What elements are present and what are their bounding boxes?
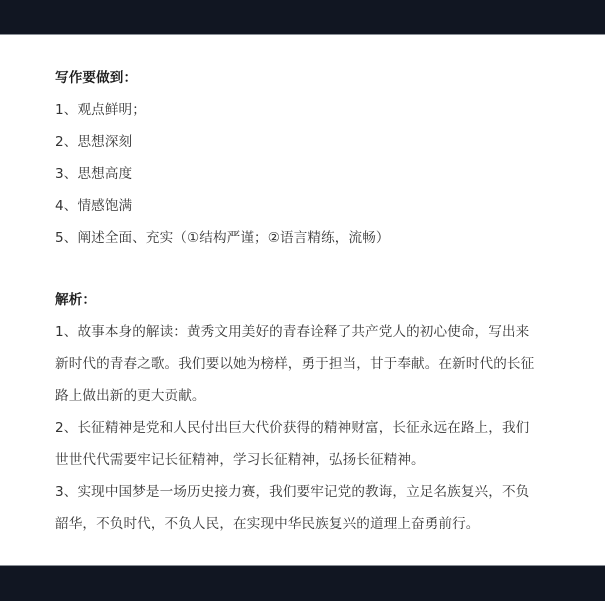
analysis-line: 1、故事本身的解读：黄秀文用美好的青春诠释了共产党人的初心使命，写出来 (55, 323, 529, 341)
analysis-line: 路上做出新的更大贡献。 (55, 387, 206, 405)
requirement-item: 4、情感饱满 (55, 197, 132, 215)
bottom-dark-bar (0, 565, 605, 601)
requirement-item: 5、阐述全面、充实（①结构严谨；②语言精练，流畅） (55, 229, 390, 247)
document-page: 写作要做到： 1、观点鲜明； 2、思想深刻 3、思想高度 4、情感饱满 5、阐述… (0, 0, 605, 601)
analysis-line: 韶华，不负时代，不负人民，在实现中华民族复兴的道理上奋勇前行。 (55, 515, 480, 533)
requirement-item: 1、观点鲜明； (55, 101, 146, 119)
top-dark-bar (0, 0, 605, 35)
requirement-item: 2、思想深刻 (55, 133, 132, 151)
analysis-line: 世世代代需要牢记长征精神，学习长征精神，弘扬长征精神。 (55, 451, 425, 469)
analysis-heading: 解析： (55, 291, 96, 309)
requirements-heading: 写作要做到： (55, 69, 137, 87)
analysis-line: 3、实现中国梦是一场历史接力赛，我们要牢记党的教诲，立足名族复兴，不负 (55, 483, 529, 501)
analysis-line: 新时代的青春之歌。我们要以她为榜样，勇于担当，甘于奉献。在新时代的长征 (55, 355, 534, 373)
analysis-line: 2、长征精神是党和人民付出巨大代价获得的精神财富，长征永远在路上，我们 (55, 419, 529, 437)
requirement-item: 3、思想高度 (55, 165, 132, 183)
